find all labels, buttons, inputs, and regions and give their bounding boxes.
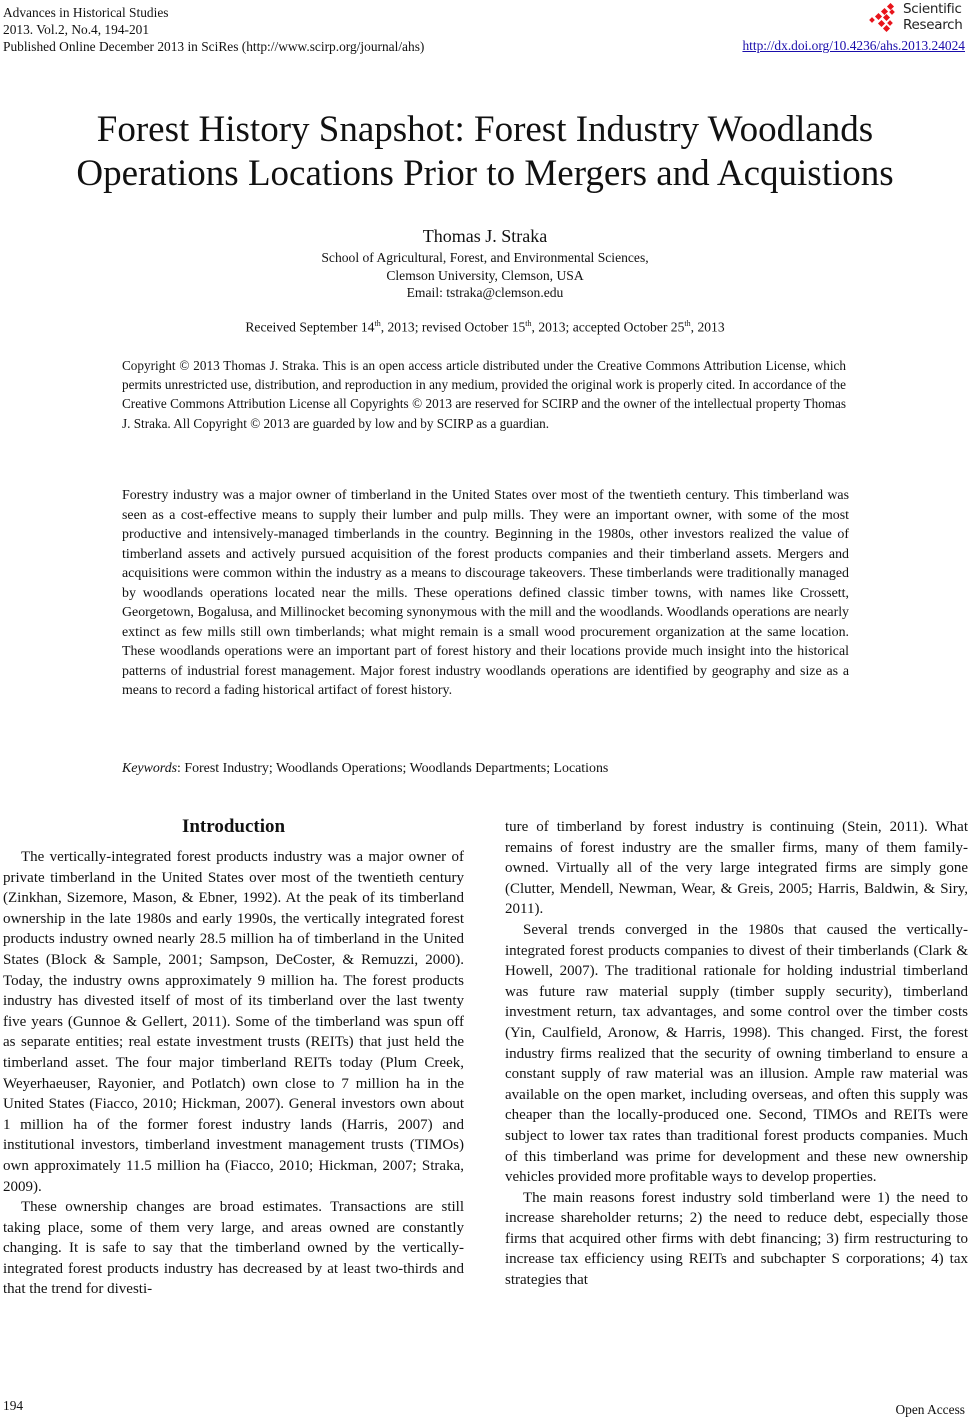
accepted-date: , 2013; accepted October 25	[532, 320, 685, 335]
copyright-notice: Copyright © 2013 Thomas J. Straka. This …	[122, 356, 846, 433]
right-column: ture of timberland by forest industry is…	[505, 817, 968, 1291]
article-title: Forest History Snapshot: Forest Industry…	[0, 108, 970, 196]
author-email: Email: tstraka@clemson.edu	[0, 284, 970, 302]
body-paragraph: These ownership changes are broad estima…	[3, 1197, 464, 1300]
red-diamond-cluster-icon	[868, 3, 900, 33]
body-paragraph: The vertically-integrated forest product…	[3, 847, 464, 1197]
abstract: Forestry industry was a major owner of t…	[122, 486, 849, 701]
title-line-2: Operations Locations Prior to Mergers an…	[0, 152, 970, 196]
open-access-label: Open Access	[895, 1402, 965, 1418]
article-dates: Received September 14th, 2013; revised O…	[0, 319, 970, 336]
body-paragraph: The main reasons forest industry sold ti…	[505, 1188, 968, 1291]
keywords: Keywords: Forest Industry; Woodlands Ope…	[122, 761, 608, 777]
revised-date: , 2013; revised October 15	[381, 320, 526, 335]
received-date: Received September 14	[245, 320, 374, 335]
body-paragraph: ture of timberland by forest industry is…	[505, 817, 968, 920]
journal-header: Advances in Historical Studies 2013. Vol…	[3, 4, 424, 55]
body-paragraph: Several trends converged in the 1980s th…	[505, 920, 968, 1188]
doi-link[interactable]: http://dx.doi.org/10.4236/ahs.2013.24024	[742, 38, 965, 54]
logo-text: Scientific Research	[903, 1, 963, 33]
author-name: Thomas J. Straka	[0, 226, 970, 247]
logo-line-2: Research	[903, 17, 963, 33]
title-line-1: Forest History Snapshot: Forest Industry…	[0, 108, 970, 152]
scientific-research-logo: Scientific Research	[868, 1, 970, 35]
left-column: Introduction The vertically-integrated f…	[3, 810, 464, 1300]
publication-info: Published Online December 2013 in SciRes…	[3, 38, 424, 55]
keywords-list: : Forest Industry; Woodlands Operations;…	[177, 761, 608, 776]
affiliation-line-2: Clemson University, Clemson, USA	[0, 267, 970, 285]
affiliation-line-1: School of Agricultural, Forest, and Envi…	[0, 249, 970, 267]
section-heading-introduction: Introduction	[3, 815, 464, 839]
affiliation: School of Agricultural, Forest, and Envi…	[0, 249, 970, 302]
page-number: 194	[3, 1398, 23, 1414]
logo-line-1: Scientific	[903, 1, 963, 17]
journal-name: Advances in Historical Studies	[3, 4, 424, 21]
journal-volume: 2013. Vol.2, No.4, 194-201	[3, 21, 424, 38]
date-suffix: , 2013	[691, 320, 725, 335]
keywords-label: Keywords	[122, 761, 177, 776]
